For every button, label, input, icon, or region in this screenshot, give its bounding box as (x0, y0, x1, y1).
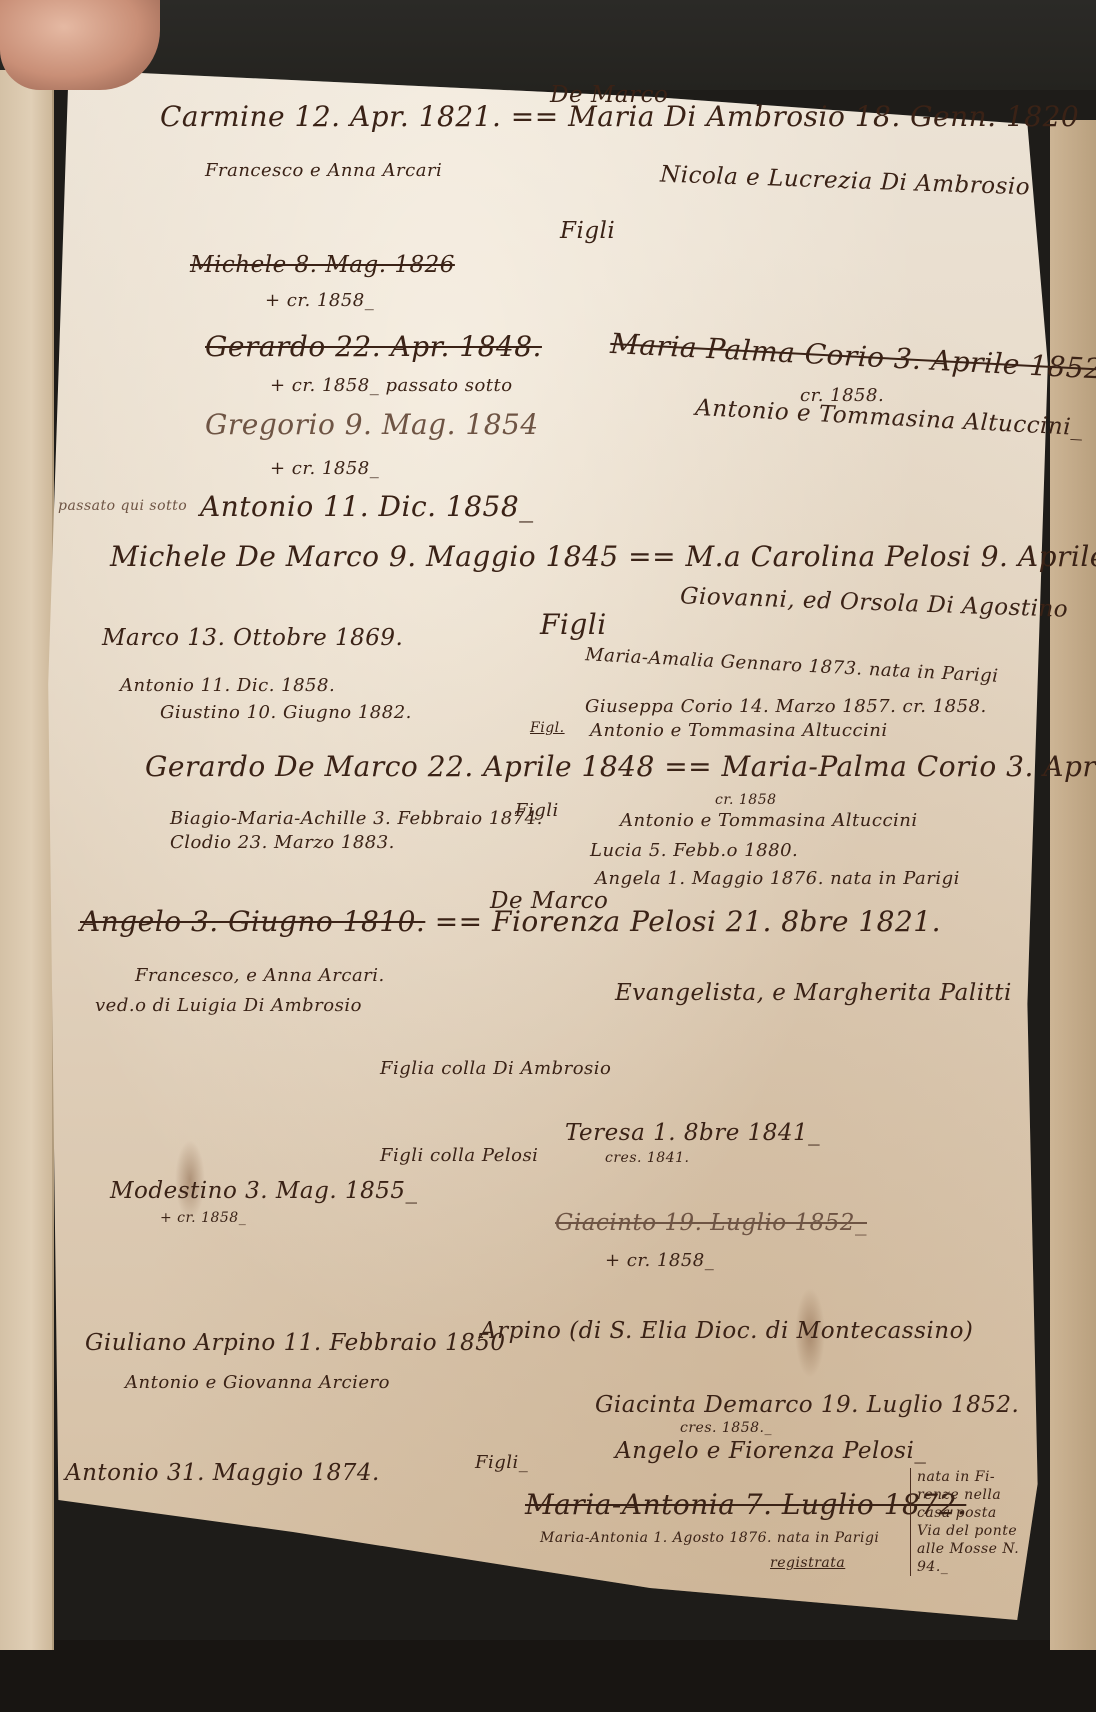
wife: Fiorenza Pelosi 21. 8bre 1821. (492, 905, 941, 938)
margin-note-line: Via del ponte (917, 1522, 1017, 1540)
children-label: Figli_ (475, 1452, 528, 1473)
children-label: Figli (540, 608, 607, 641)
wife-parents: Antonio e Tommasina Altuccini (620, 810, 918, 831)
husband: Gerardo De Marco 22. Aprile 1848 (145, 750, 655, 783)
wife: Maria-Palma Corio 3. Aprile 1852. (722, 750, 1096, 783)
background-bottom (0, 1640, 1096, 1712)
child: Modestino 3. Mag. 1855_ (110, 1178, 418, 1204)
wife-note: cres. 1858._ (680, 1420, 772, 1436)
husband-line: Michele De Marco 9. Maggio 1845 == M.a C… (110, 540, 1096, 573)
child-struck: Gerardo 22. Apr. 1848. (205, 330, 542, 363)
husband: Carmine 12. Apr. 1821. (160, 100, 501, 133)
wife-note: cr. 1858 (715, 792, 777, 808)
child-note: + cr. 1858_ passato sotto (270, 375, 513, 396)
holding-thumb (0, 0, 160, 90)
child-note: + cr. 1858_ (160, 1210, 246, 1226)
wife: Giacinta Demarco 19. Luglio 1852. (595, 1392, 1019, 1418)
child-struck: Giacinto 19. Luglio 1852_ (555, 1210, 867, 1236)
child-note: + cr. 1858_ (270, 458, 379, 479)
husband-line: Carmine 12. Apr. 1821. == Maria Di Ambro… (160, 100, 1079, 133)
left-page-edge (0, 70, 54, 1650)
prior-spouse-parents: Antonio e Tommasina Altuccini (590, 720, 888, 741)
husband-line: Angelo 3. Giugno 1810. == Fiorenza Pelos… (80, 905, 941, 938)
child: Maria-Antonia 1. Agosto 1876. nata in Pa… (540, 1530, 879, 1546)
child-note: + cr. 1858_ (265, 290, 374, 311)
child: Lucia 5. Febb.o 1880. (590, 840, 798, 861)
child: Gregorio 9. Mag. 1854 (205, 408, 539, 441)
child: Marco 13. Ottobre 1869. (102, 625, 403, 651)
children-label: Figlia colla Di Ambrosio (380, 1058, 611, 1079)
husband-note: ved.o di Luigia Di Ambrosio (95, 995, 362, 1016)
margin-note-line: 94._ (917, 1558, 1017, 1576)
marriage-sign: == (435, 905, 483, 938)
husband-parents: Francesco, e Anna Arcari. (135, 965, 385, 986)
prior-spouse: Giuseppa Corio 14. Marzo 1857. cr. 1858. (585, 696, 987, 717)
wife: M.a Carolina Pelosi 9. Aprile 1847. (685, 540, 1096, 573)
margin-note: nata in Fi- renze nella casa posta Via d… (910, 1468, 1017, 1576)
child: Angela 1. Maggio 1876. nata in Parigi (595, 868, 960, 889)
wife: Maria Di Ambrosio 18. Genn. 1820 (568, 100, 1079, 133)
child-struck: Maria-Antonia 7. Luglio 1872. (525, 1488, 966, 1521)
margin-note-line: nata in Fi- (917, 1468, 1017, 1486)
husband: Angelo 3. Giugno 1810. (80, 905, 425, 938)
child-note: cres. 1841. (605, 1150, 689, 1166)
prior-children-label: Figl. (530, 720, 565, 736)
wife-parents: Angelo e Fiorenza Pelosi_ (615, 1438, 926, 1464)
husband: Michele De Marco 9. Maggio 1845 (110, 540, 619, 573)
child-struck: Michele 8. Mag. 1826 (190, 252, 455, 278)
child: Biagio-Maria-Achille 3. Febbraio 1874. (170, 808, 543, 829)
margin-note-line: alle Mosse N. (917, 1540, 1017, 1558)
child: Antonio 11. Dic. 1858_ (200, 490, 534, 523)
place-heading: Arpino (di S. Elia Dioc. di Montecassino… (480, 1318, 973, 1344)
child: Antonio 11. Dic. 1858. (120, 675, 335, 696)
husband-parents: Antonio e Giovanna Arciero (125, 1372, 390, 1393)
wife-parents: Evangelista, e Margherita Palitti (615, 980, 1012, 1006)
registration-note: registrata (770, 1555, 845, 1571)
transfer-note: passato qui sotto (58, 498, 187, 514)
child: Teresa 1. 8bre 1841_ (565, 1120, 820, 1146)
child: Giustino 10. Giugno 1882. (160, 702, 412, 723)
margin-note-line: renze nella (917, 1486, 1017, 1504)
child: Antonio 31. Maggio 1874. (65, 1460, 380, 1486)
marriage-sign: == (511, 100, 559, 133)
husband: Giuliano Arpino 11. Febbraio 1850 (85, 1330, 506, 1356)
margin-note-line: casa posta (917, 1504, 1017, 1522)
child-note: + cr. 1858_ (605, 1250, 714, 1271)
husband-line: Gerardo De Marco 22. Aprile 1848 == Mari… (145, 750, 1096, 783)
husband-parents: Francesco e Anna Arcari (205, 160, 442, 181)
children-label: Figli (560, 218, 615, 244)
marriage-sign: == (664, 750, 712, 783)
children-label: Figli colla Pelosi (380, 1145, 538, 1166)
marriage-sign: == (628, 540, 676, 573)
child: Clodio 23. Marzo 1883. (170, 832, 395, 853)
